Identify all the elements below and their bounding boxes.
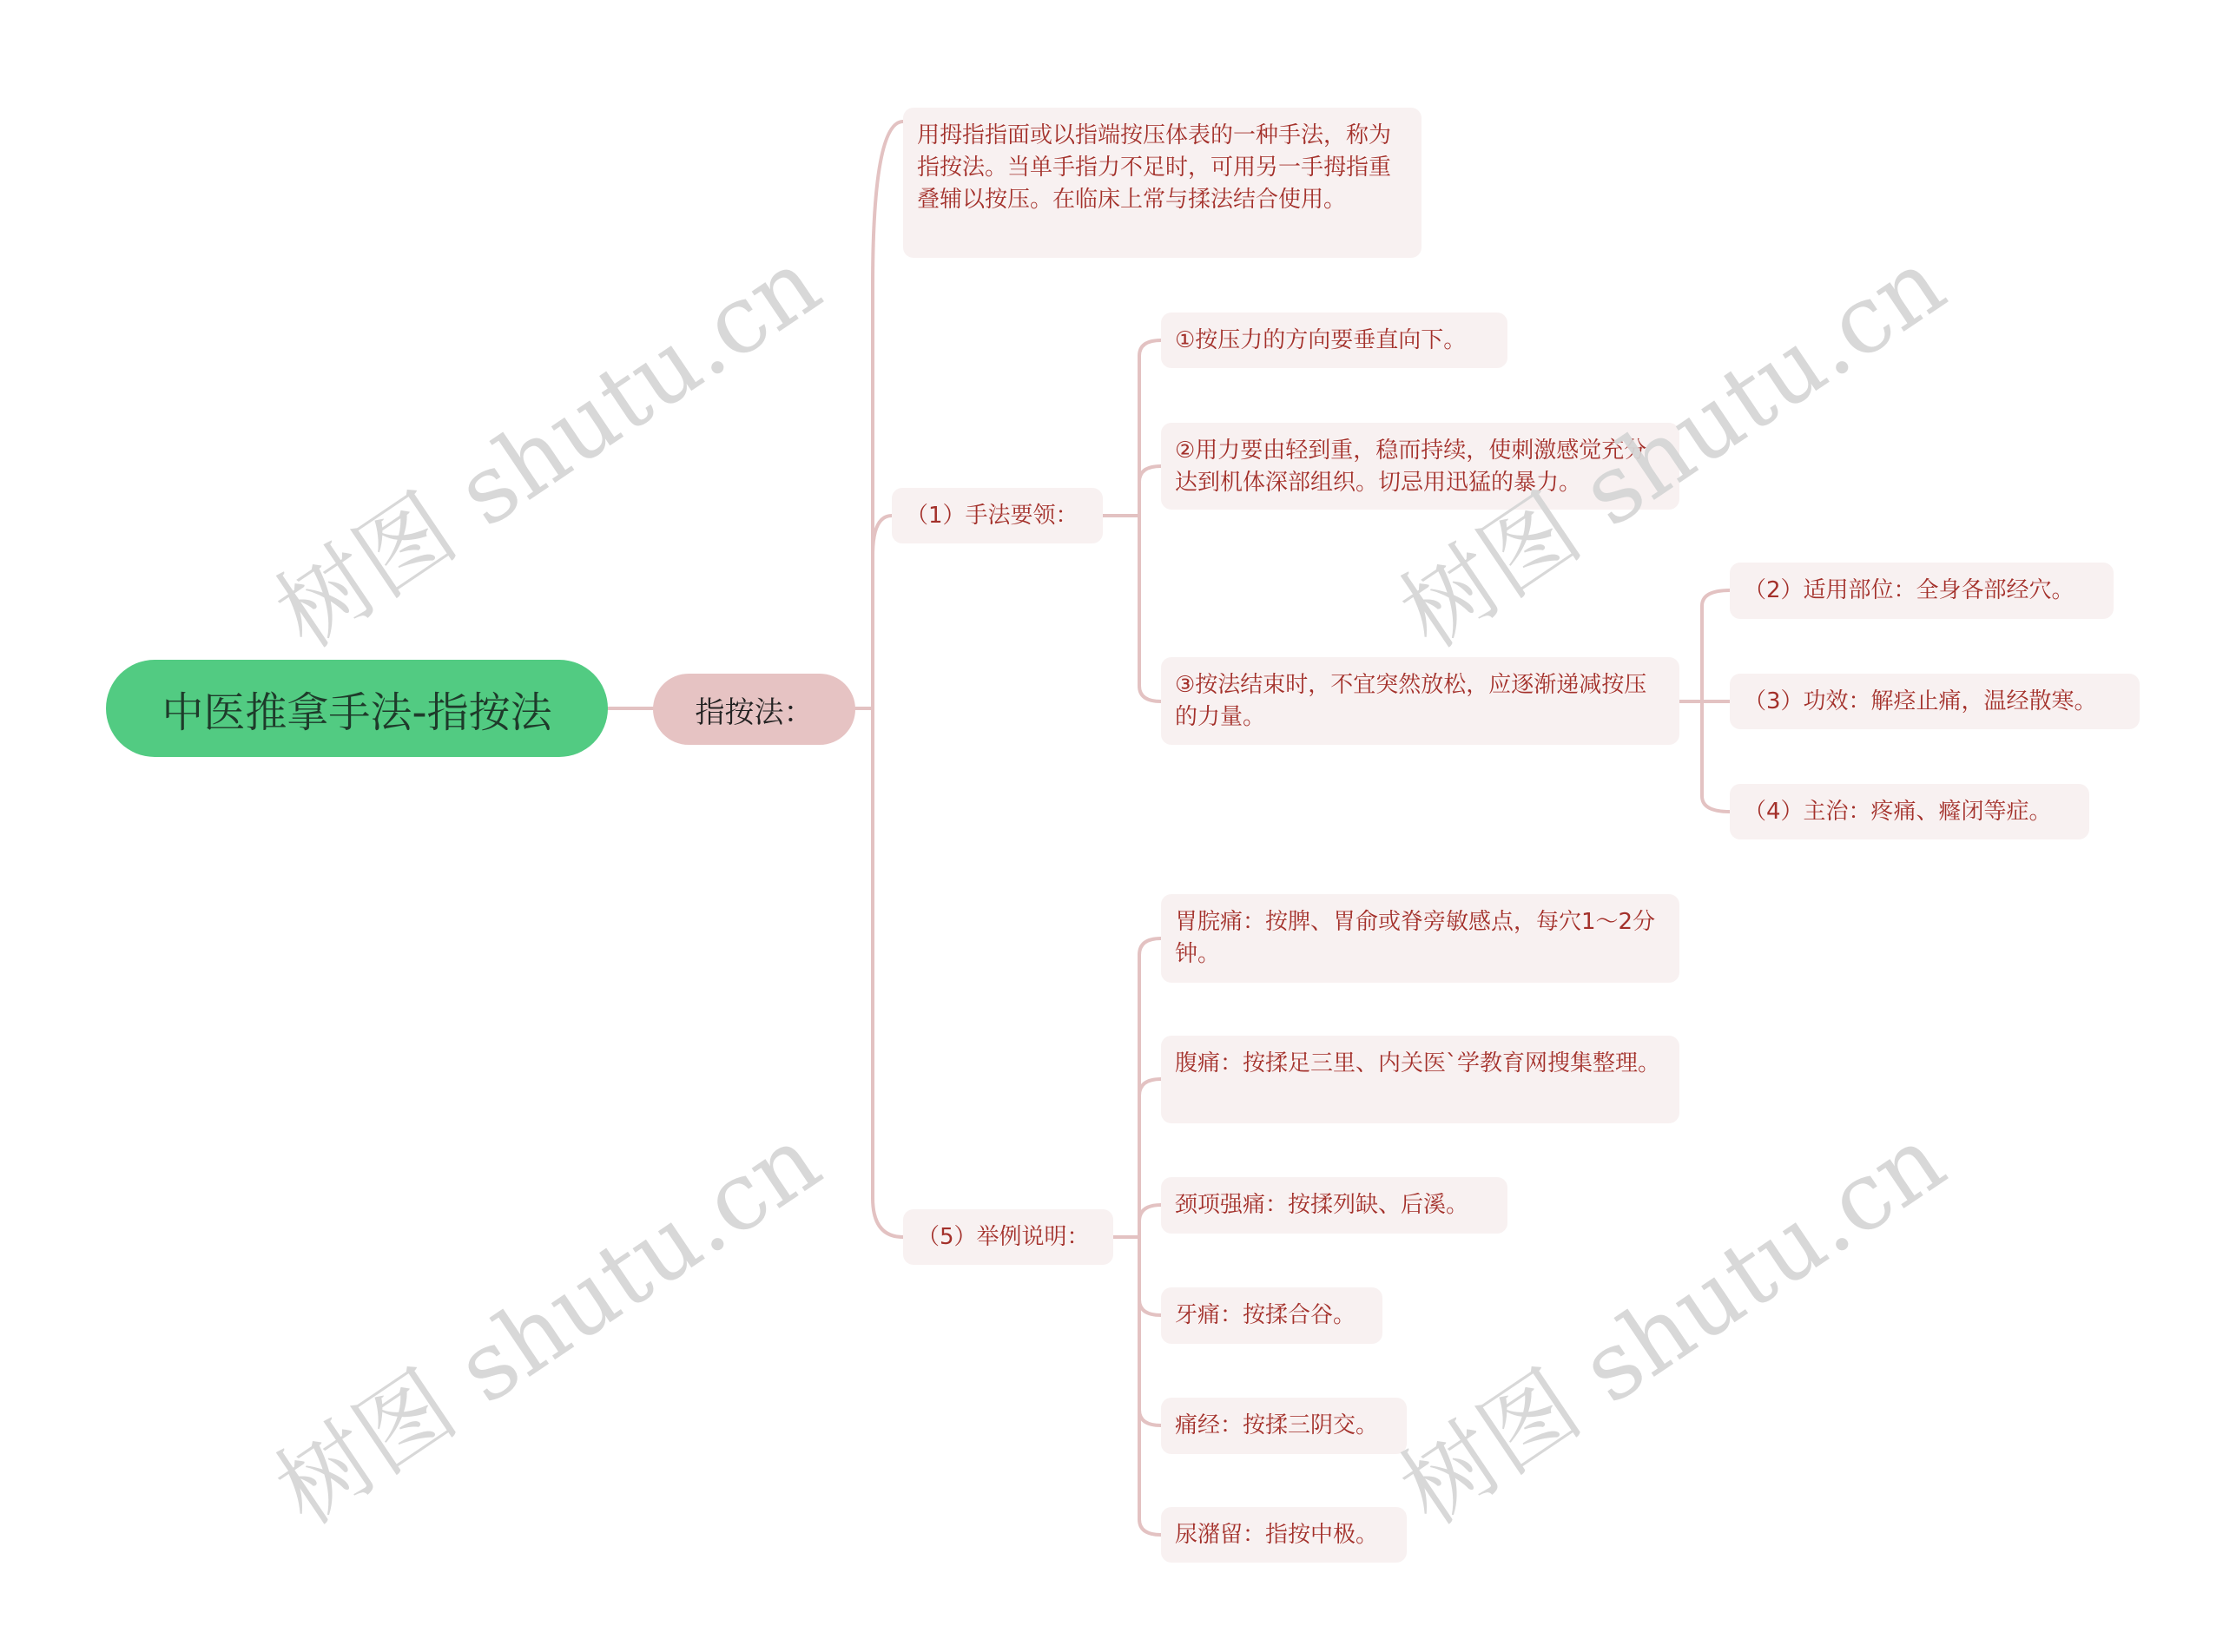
efficacy-node[interactable]: （3）功效：解痉止痛，温经散寒。 bbox=[1730, 674, 2140, 729]
example-dysmenorrhea-node[interactable]: 痛经：按揉三阴交。 bbox=[1161, 1398, 1407, 1454]
example-abdominal-pain-node[interactable]: 腹痛：按揉足三里、内关医`学教育网搜集整理。 bbox=[1161, 1036, 1679, 1123]
watermark-text: 树图 shutu.cn bbox=[246, 211, 841, 673]
point-2-node[interactable]: ②用力要由轻到重，稳而持续，使刺激感觉充分达到机体深部组织。切忌用迅猛的暴力。 bbox=[1161, 423, 1679, 510]
watermark-text: 树图 shutu.cn bbox=[1370, 1088, 1965, 1550]
mindmap-canvas: 中医推拿手法-指按法 指按法： 用拇指指面或以指端按压体表的一种手法，称为指按法… bbox=[0, 0, 2223, 1652]
examples-node[interactable]: （5）举例说明： bbox=[903, 1209, 1113, 1265]
example-urinary-retention-node[interactable]: 尿潴留：指按中极。 bbox=[1161, 1507, 1407, 1563]
technique-essentials-node[interactable]: （1）手法要领： bbox=[892, 488, 1103, 543]
example-stomach-pain-node[interactable]: 胃脘痛：按脾、胃俞或脊旁敏感点，每穴1～2分钟。 bbox=[1161, 894, 1679, 983]
example-toothache-node[interactable]: 牙痛：按揉合谷。 bbox=[1161, 1287, 1382, 1344]
indications-node[interactable]: （4）主治：疼痛、癃闭等症。 bbox=[1730, 784, 2089, 839]
watermark-text: 树图 shutu.cn bbox=[246, 1088, 841, 1550]
definition-node[interactable]: 用拇指指面或以指端按压体表的一种手法，称为指按法。当单手指力不足时，可用另一手拇… bbox=[903, 108, 1422, 258]
point-3-node[interactable]: ③按法结束时，不宜突然放松，应逐渐递减按压的力量。 bbox=[1161, 657, 1679, 745]
example-neck-pain-node[interactable]: 颈项强痛：按揉列缺、后溪。 bbox=[1161, 1177, 1507, 1234]
topic-node-zhianfa[interactable]: 指按法： bbox=[653, 674, 855, 745]
root-node[interactable]: 中医推拿手法-指按法 bbox=[106, 660, 608, 757]
point-1-node[interactable]: ①按压力的方向要垂直向下。 bbox=[1161, 313, 1507, 368]
applicable-area-node[interactable]: （2）适用部位：全身各部经穴。 bbox=[1730, 563, 2114, 619]
